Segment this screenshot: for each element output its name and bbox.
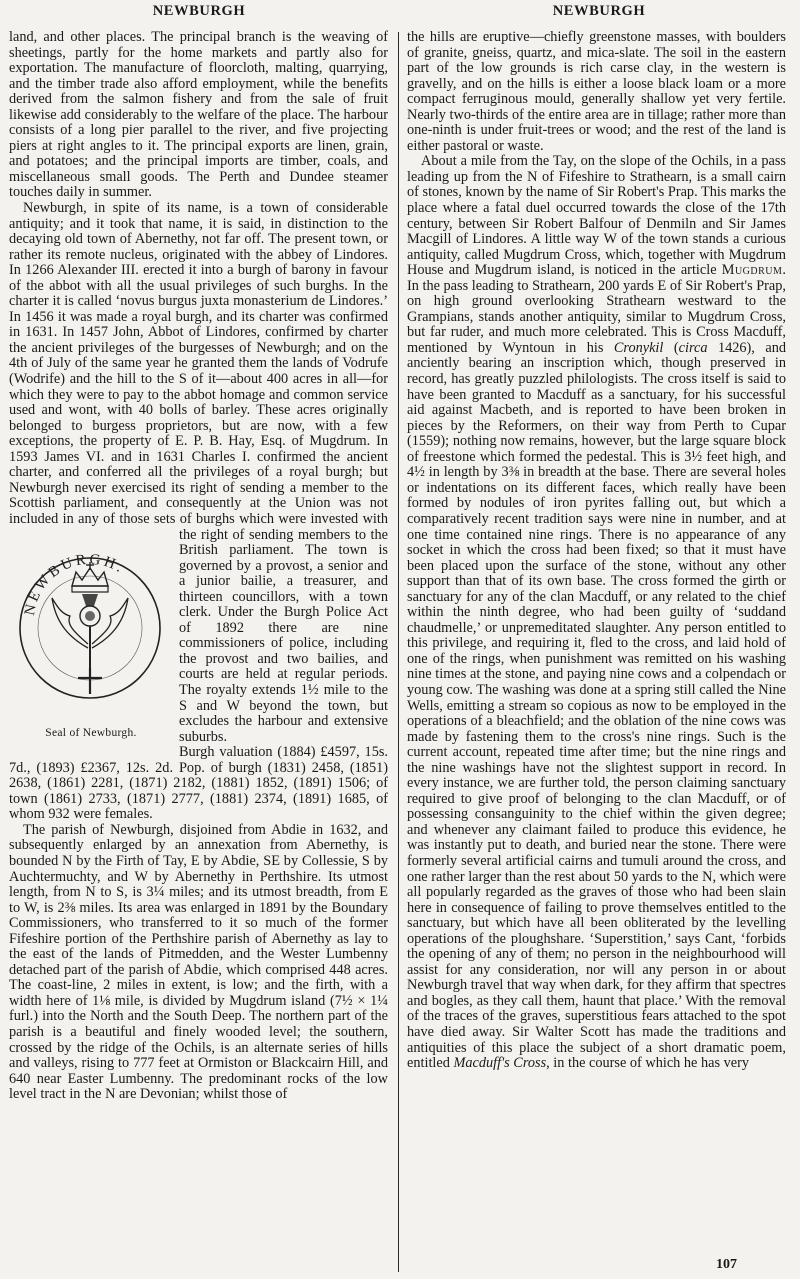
governance-text: British parliament. The town is governed… xyxy=(179,542,388,745)
left-column: land, and other places. The principal br… xyxy=(9,30,388,1103)
antiquities-text-3: 1426), and anciently bearing an inscript… xyxy=(407,340,786,1071)
antiquities-text-1: About a mile from the Tay, on the slope … xyxy=(407,153,786,278)
paragraph-history: Newburgh, in spite of its name, is a tow… xyxy=(9,201,388,745)
seal-of-newburgh-icon: NEWBURGH. xyxy=(14,528,164,718)
seal-figure: NEWBURGH. xyxy=(9,528,169,748)
running-head-right: NEWBURGH xyxy=(404,3,794,20)
work-title-cronykil: Cronykil xyxy=(614,340,664,356)
paragraph-parish: The parish of Newburgh, disjoined from A… xyxy=(9,823,388,1103)
gazetteer-page: NEWBURGH NEWBURGH land, and other places… xyxy=(0,0,800,1279)
work-title-macduffs-cross: Macduff's Cross xyxy=(453,1055,546,1071)
paragraph-industry: land, and other places. The principal br… xyxy=(9,30,388,201)
column-divider xyxy=(398,32,399,1272)
paragraph-antiquities: About a mile from the Tay, on the slope … xyxy=(407,154,786,1071)
svg-text:NEWBURGH.: NEWBURGH. xyxy=(22,551,128,616)
right-column: the hills are eruptive—chiefly greenston… xyxy=(407,30,786,1072)
paragraph-valuation-population: Burgh valuation (1884) £4597, 15s. 7d., … xyxy=(9,745,388,823)
page-number: 107 xyxy=(716,1257,737,1273)
paragraph-geology-soil: the hills are eruptive—chiefly greenston… xyxy=(407,30,786,154)
cross-reference-mugdrum[interactable]: Mugdrum xyxy=(722,262,783,278)
history-text: Newburgh, in spite of its name, is a tow… xyxy=(9,200,388,542)
paren: ( xyxy=(663,340,678,356)
running-head-left: NEWBURGH xyxy=(4,3,394,20)
figure-caption: Seal of Newburgh. xyxy=(9,726,159,742)
term-circa: circa xyxy=(679,340,708,356)
antiquities-text-4: , in the course of which he has very xyxy=(546,1055,749,1071)
